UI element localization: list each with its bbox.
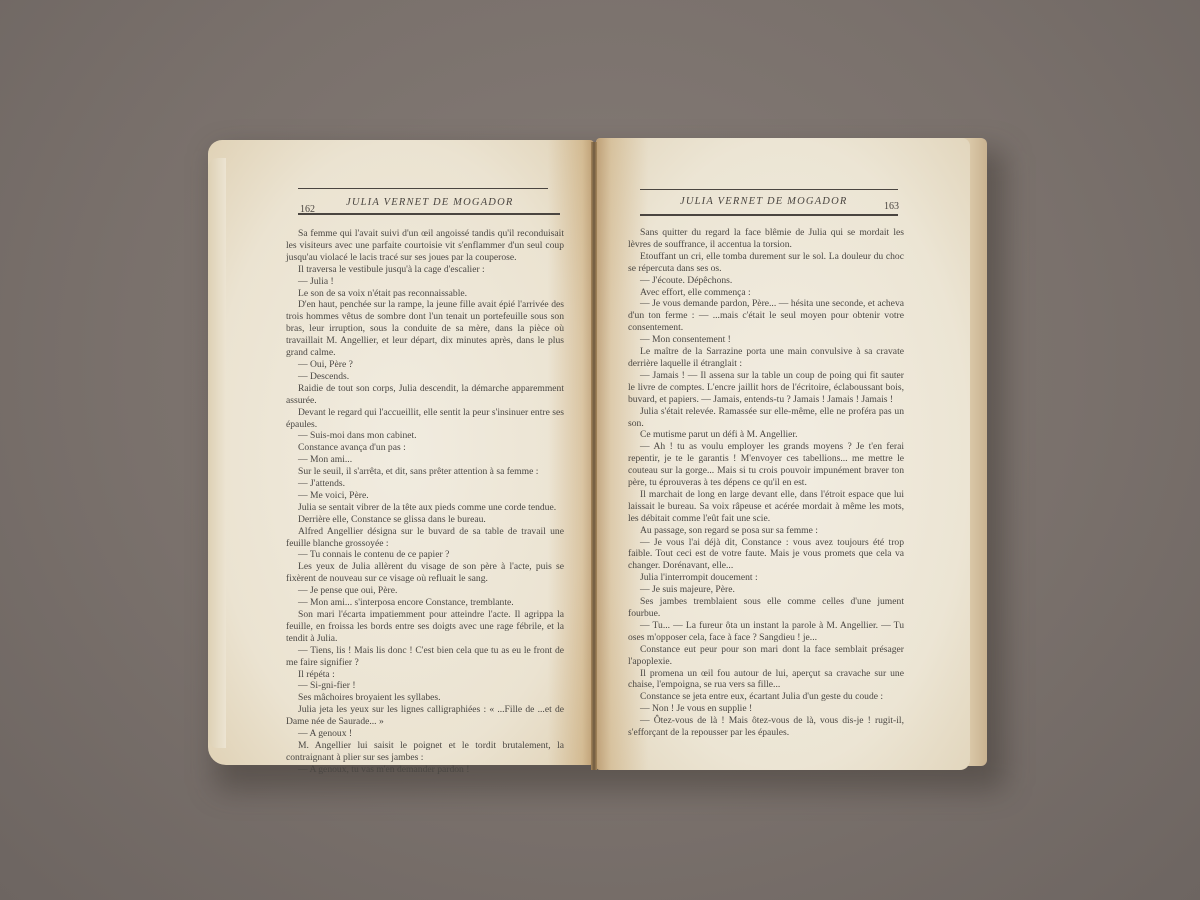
paragraph: Julia s'était relevée. Ramassée sur elle… [628,406,904,430]
paragraph: Avec effort, elle commença : [628,287,904,299]
paragraph: — Tu connais le contenu de ce papier ? [286,549,564,561]
paragraph: — A genoux ! [286,728,564,740]
paragraph: — Ah ! tu as voulu employer les grands m… [628,441,904,489]
paragraph: Il promena un œil fou autour de lui, ape… [628,668,904,692]
paragraph: Etouffant un cri, elle tomba durement su… [628,251,904,275]
right-page-text: Sans quitter du regard la face blêmie de… [628,227,904,739]
paragraph: Sa femme qui l'avait suivi d'un œil ango… [286,228,564,264]
paragraph: — Mon ami... [286,454,564,466]
header-rule-top [640,189,898,190]
paragraph: — J'écoute. Dépêchons. [628,275,904,287]
paragraph: — J'attends. [286,478,564,490]
paragraph: Sans quitter du regard la face blêmie de… [628,227,904,251]
header-rule-bottom [640,214,898,216]
paragraph: M. Angellier lui saisit le poignet et le… [286,740,564,764]
paragraph: — Si-gni-fier ! [286,680,564,692]
paragraph: — Tiens, lis ! Mais lis donc ! C'est bie… [286,645,564,669]
paragraph: — Julia ! [286,276,564,288]
paragraph: Devant le regard qui l'accueillit, elle … [286,407,564,431]
paragraph: Constance eut peur pour son mari dont la… [628,644,904,668]
paragraph: Constance se jeta entre eux, écartant Ju… [628,691,904,703]
paragraph: — Je suis majeure, Père. [628,584,904,596]
paragraph: — Oui, Père ? [286,359,564,371]
paragraph: Ce mutisme parut un défi à M. Angellier. [628,429,904,441]
paragraph: Le son de sa voix n'était pas reconnaiss… [286,288,564,300]
paragraph: Derrière elle, Constance se glissa dans … [286,514,564,526]
paragraph: — Non ! Je vous en supplie ! [628,703,904,715]
paragraph: — Jamais ! — Il assena sur la table un c… [628,370,904,406]
paragraph: Il traversa le vestibule jusqu'à la cage… [286,264,564,276]
right-page: JULIA VERNET DE MOGADOR 163 Sans quitter… [596,138,970,770]
paragraph: — Descends. [286,371,564,383]
paragraph: — A genoux, tu vas m'en demander pardon … [286,764,564,776]
running-title-right: JULIA VERNET DE MOGADOR [680,196,848,207]
paragraph: Sur le seuil, il s'arrêta, et dit, sans … [286,466,564,478]
paragraph: — Tu... — La fureur ôta un instant la pa… [628,620,904,644]
page-number-right: 163 [884,201,899,212]
paragraph: — Je pense que oui, Père. [286,585,564,597]
paragraph: Au passage, son regard se posa sur sa fe… [628,525,904,537]
paragraph: — Suis-moi dans mon cabinet. [286,430,564,442]
paragraph: Les yeux de Julia allèrent du visage de … [286,561,564,585]
paragraph: Raidie de tout son corps, Julia descendi… [286,383,564,407]
paragraph: Il répéta : [286,669,564,681]
paragraph: Julia l'interrompit doucement : [628,572,904,584]
header-rule-top [298,188,548,189]
paragraph: Constance avança d'un pas : [286,442,564,454]
paragraph: — Mon consentement ! [628,334,904,346]
paragraph: Julia jeta les yeux sur les lignes calli… [286,704,564,728]
paragraph: — Mon ami... s'interposa encore Constanc… [286,597,564,609]
running-title-left: JULIA VERNET DE MOGADOR [346,197,514,208]
header-rule-bottom [298,213,560,215]
paragraph: — Je vous l'ai déjà dit, Constance : vou… [628,537,904,573]
paragraph: — Ôtez-vous de là ! Mais ôtez-vous de là… [628,715,904,739]
paragraph: Ses mâchoires broyaient les syllabes. [286,692,564,704]
left-page: 162 JULIA VERNET DE MOGADOR Sa femme qui… [208,140,594,765]
paragraph: — Me voici, Père. [286,490,564,502]
paragraph: Julia se sentait vibrer de la tête aux p… [286,502,564,514]
paragraph: — Je vous demande pardon, Père... — hési… [628,298,904,334]
paragraph: Le maître de la Sarrazine porta une main… [628,346,904,370]
paragraph: Son mari l'écarta impatiemment pour atte… [286,609,564,645]
paragraph: Il marchait de long en large devant elle… [628,489,904,525]
paragraph: D'en haut, penchée sur la rampe, la jeun… [286,299,564,359]
paragraph: Ses jambes tremblaient sous elle comme c… [628,596,904,620]
paragraph: Alfred Angellier désigna sur le buvard d… [286,526,564,550]
left-page-text: Sa femme qui l'avait suivi d'un œil ango… [286,228,564,776]
book-gutter [591,142,597,770]
